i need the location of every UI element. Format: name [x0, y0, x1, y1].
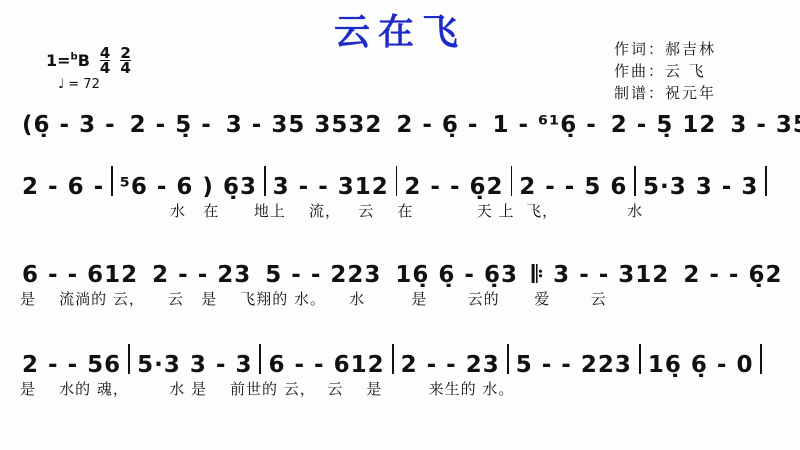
staff-4: 2 - - 56 5·3 3 - 3 6 - - 612 2 - - 23 5 …	[20, 340, 772, 404]
key-label: 1=	[46, 51, 71, 70]
credits: 作词：郝吉林 作曲：云 飞 制谱：祝元年	[614, 38, 716, 104]
time-signature-1: 44	[100, 46, 110, 75]
staff-1: (6̣ - 3 - 2 - 5̣ - 3 - 35 3532 2 - 6̣ - …	[20, 100, 772, 138]
notes-line: (6̣ - 3 - 2 - 5̣ - 3 - 35 3532 2 - 6̣ - …	[20, 100, 772, 138]
quarter-note-icon: ♩	[58, 77, 64, 92]
lyrics-line: 是 水的 魂， 水 是 前世的 云， 云 是 来生的 水。	[20, 378, 772, 404]
time-signature-2: 24	[120, 46, 130, 75]
key-note: B	[78, 51, 90, 70]
notes-line: 2 - - 56 5·3 3 - 3 6 - - 612 2 - - 23 5 …	[20, 340, 772, 378]
lyrics-line: 是 流淌的 云， 云 是 飞翔的 水。 水 是 云的 爱 云	[20, 288, 772, 314]
staff-2: 2 - 6 - ⁵6 - 6 ) 6̣3 3 - - 312 2 - - 6̣2…	[20, 162, 772, 226]
flat-symbol: b	[71, 52, 78, 63]
notes-line: 2 - 6 - ⁵6 - 6 ) 6̣3 3 - - 312 2 - - 6̣2…	[20, 162, 772, 200]
key-signature: 1=bB 44 24	[46, 46, 131, 75]
credit-composer: 作曲：云 飞	[614, 60, 716, 82]
credit-lyricist: 作词：郝吉林	[614, 38, 716, 60]
notes-line: 6 - - 612 2 - - 23 5 - - 223 16̣ 6̣ - 6̣…	[20, 250, 772, 288]
staff-3: 6 - - 612 2 - - 23 5 - - 223 16̣ 6̣ - 6̣…	[20, 250, 772, 314]
tempo-marking: ♩ = 72	[58, 77, 100, 92]
lyrics-line: 水 在 地上 流， 云 在 天 上 飞， 水	[20, 200, 772, 226]
